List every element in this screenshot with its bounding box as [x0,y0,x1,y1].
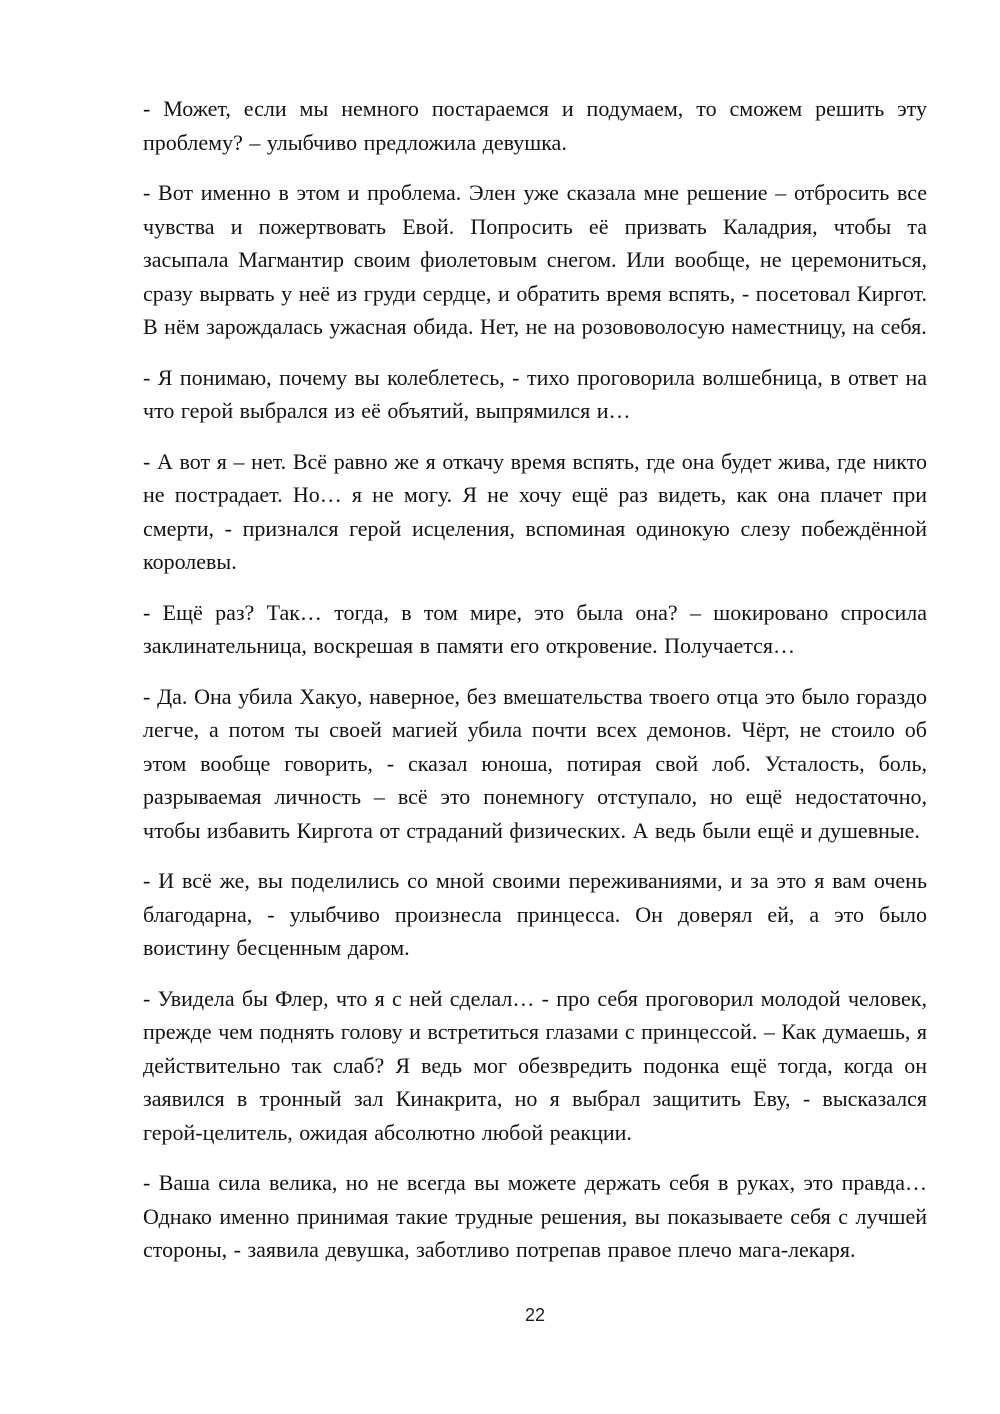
paragraph: - Ещё раз? Так… тогда, в том мире, это б… [143,596,927,663]
paragraph: - Увидела бы Флер, что я с ней сделал… -… [143,982,927,1150]
page-number: 22 [143,1305,927,1326]
paragraph: - Может, если мы немного постараемся и п… [143,92,927,159]
paragraph: - Я понимаю, почему вы колеблетесь, - ти… [143,361,927,428]
paragraph: - Вот именно в этом и проблема. Элен уже… [143,176,927,344]
paragraph: - Ваша сила велика, но не всегда вы може… [143,1166,927,1267]
paragraph: - Да. Она убила Хакуо, наверное, без вме… [143,680,927,848]
body-text: - Может, если мы немного постараемся и п… [143,92,927,1284]
paragraph: - А вот я – нет. Всё равно же я откачу в… [143,445,927,579]
document-page: - Может, если мы немного постараемся и п… [0,0,1000,1414]
paragraph: - И всё же, вы поделились со мной своими… [143,864,927,965]
